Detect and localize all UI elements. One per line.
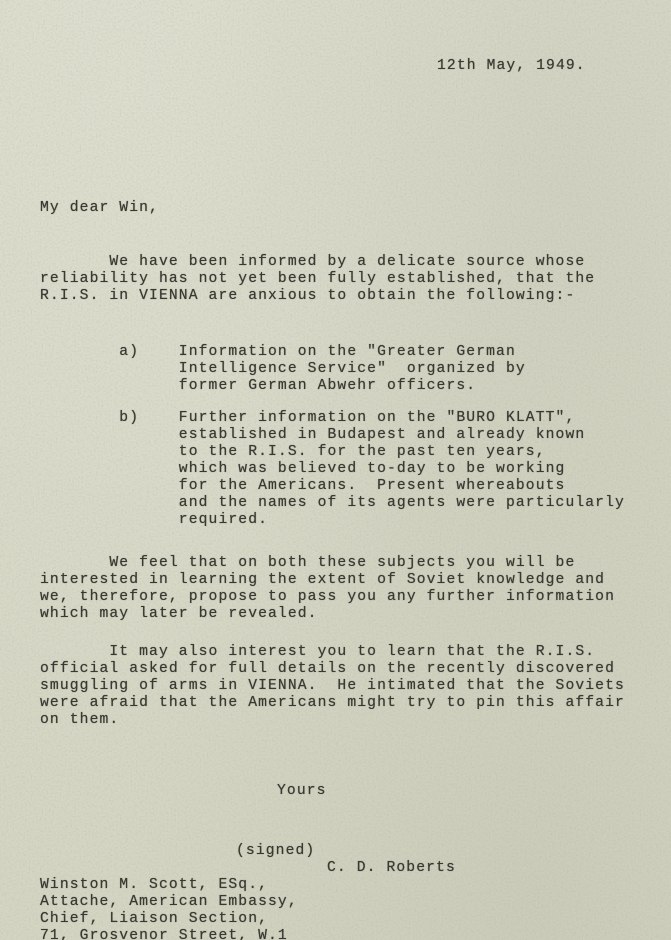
signature-name: C. D. Roberts	[327, 860, 456, 877]
paragraph-1: We have been informed by a delicate sour…	[40, 254, 595, 305]
recipient-address-block: Winston M. Scott, ESq., Attache, America…	[40, 877, 298, 940]
closing-yours: Yours	[277, 783, 327, 800]
list-item-a: a) Information on the "Greater German In…	[40, 344, 526, 395]
paragraph-3: It may also interest you to learn that t…	[40, 644, 625, 729]
signed-label: (signed)	[236, 843, 315, 860]
salutation: My dear Win,	[40, 200, 159, 217]
date-line: 12th May, 1949.	[437, 58, 586, 75]
letter-paper: 12th May, 1949. My dear Win, We have bee…	[0, 0, 671, 940]
paragraph-2: We feel that on both these subjects you …	[40, 555, 615, 623]
list-item-b: b) Further information on the "BURO KLAT…	[40, 410, 625, 529]
